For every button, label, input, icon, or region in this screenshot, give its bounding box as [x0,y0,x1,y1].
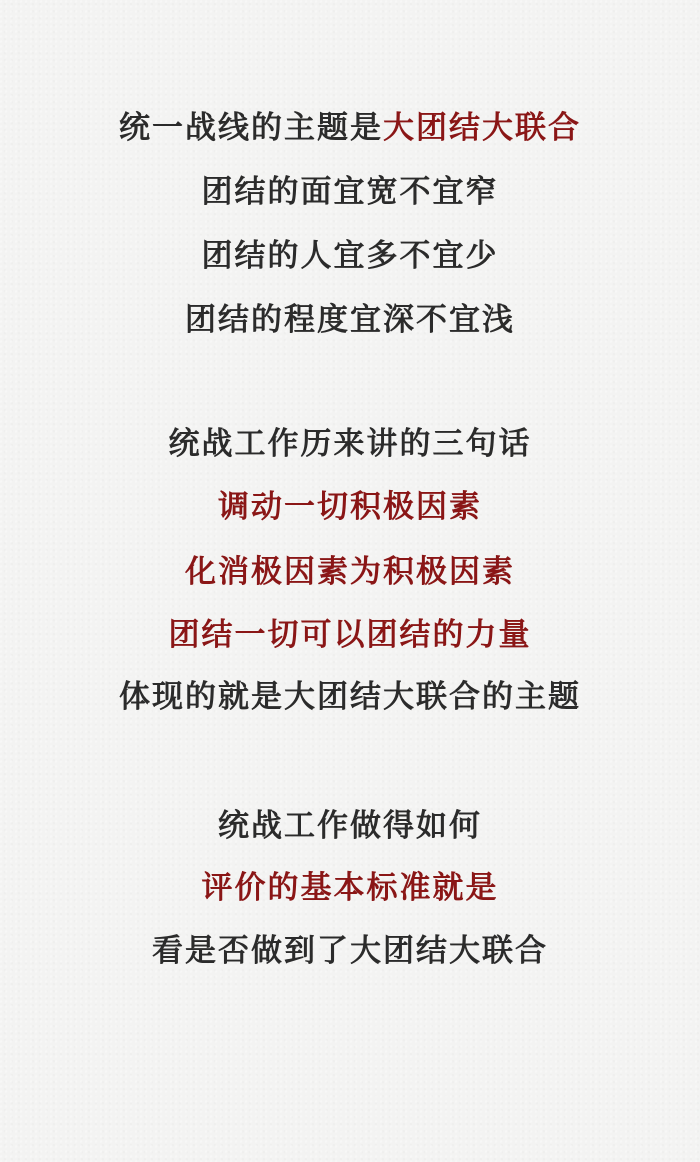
text-segment: 统战工作做得如何 [218,808,482,844]
text-segment: 团结的面宜宽不宜窄 [202,174,499,210]
highlight-segment: 团结一切可以团结的力量 [169,617,532,653]
text-segment: 统战工作历来讲的三句话 [169,426,532,462]
highlight-segment: 评价的基本标准就是 [202,870,499,906]
section-2-line-3: 化消极因素为积极因素 [0,552,700,592]
highlight-segment: 大团结大联合 [383,110,581,146]
section-1-line-2: 团结的面宜宽不宜窄 [0,172,700,212]
text-segment: 统一战线的主题是 [119,110,383,146]
section-2-line-4: 团结一切可以团结的力量 [0,615,700,655]
text-segment: 团结的程度宜深不宜浅 [185,302,515,338]
text-segment: 体现的就是大团结大联合的主题 [119,679,581,715]
section-1-line-1: 统一战线的主题是大团结大联合 [0,108,700,148]
section-1-line-3: 团结的人宜多不宜少 [0,236,700,276]
text-segment: 团结的人宜多不宜少 [202,238,499,274]
highlight-segment: 化消极因素为积极因素 [185,554,515,590]
section-3-line-1: 统战工作做得如何 [0,806,700,846]
document-page: 统一战线的主题是大团结大联合 团结的面宜宽不宜窄 团结的人宜多不宜少 团结的程度… [0,0,700,1162]
section-1-line-4: 团结的程度宜深不宜浅 [0,300,700,340]
highlight-segment: 调动一切积极因素 [218,489,482,525]
section-3-line-3: 看是否做到了大团结大联合 [0,931,700,971]
section-2-line-1: 统战工作历来讲的三句话 [0,424,700,464]
text-segment: 看是否做到了大团结大联合 [152,933,548,969]
section-3-line-2: 评价的基本标准就是 [0,868,700,908]
section-2-line-5: 体现的就是大团结大联合的主题 [0,677,700,717]
section-2-line-2: 调动一切积极因素 [0,487,700,527]
